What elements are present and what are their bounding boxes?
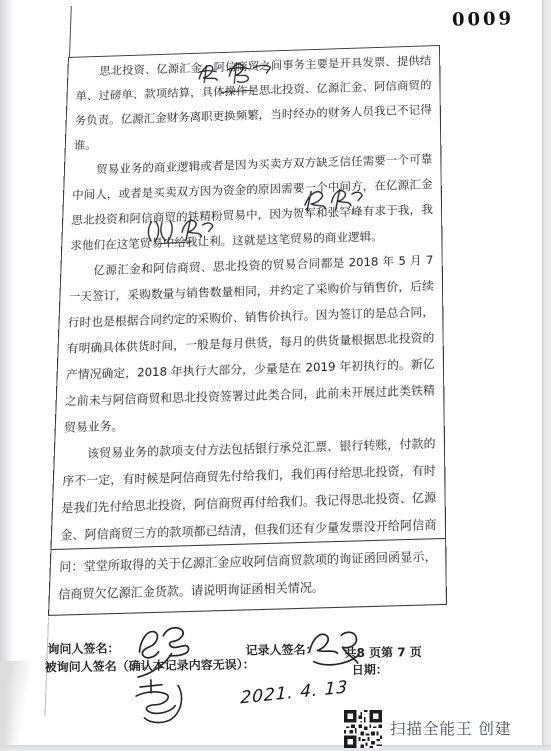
interviewee-signature-label: 被询问人签名（确认本记录内容无误）： [45,655,255,675]
pagination-text: 共8 页第 7 页 [344,643,421,661]
interviewer-signature-label: 询问人签名： [47,639,119,657]
right-page-edge [542,0,551,751]
document-body: 思北投资、亿源汇金、阿信商贸之间事务主要是开具发票、提供结算 单、过磅单、款项结… [48,45,447,616]
bottom-left-page-corner [0,661,30,751]
left-page-edge [0,0,14,751]
question-box: 问：堂堂所取得的关于亿源汇金应收阿信商贸款项的询证函回函显示，阿 信商贸欠亿源汇… [48,538,447,616]
recorder-signature-label: 记录人签名： [245,641,317,659]
page-number-stamp: 0009 [452,8,515,30]
scanned-document-page: { "page_stamp": "0009", "statement": { "… [0,0,551,751]
handwritten-date: 2021. 4. 13 [240,677,349,708]
qr-code-icon [344,710,382,748]
interviewee-signature [126,677,193,724]
statement-box: 思北投资、亿源汇金、阿信商贸之间事务主要是开具发票、提供结算 单、过磅单、款项结… [50,45,446,550]
scanner-watermark-text: 扫描全能王 创建 [390,717,511,739]
date-label: 日期： [352,661,388,679]
scanner-watermark: 扫描全能王 创建 [344,708,551,750]
left-margin-line-upper [69,6,72,57]
